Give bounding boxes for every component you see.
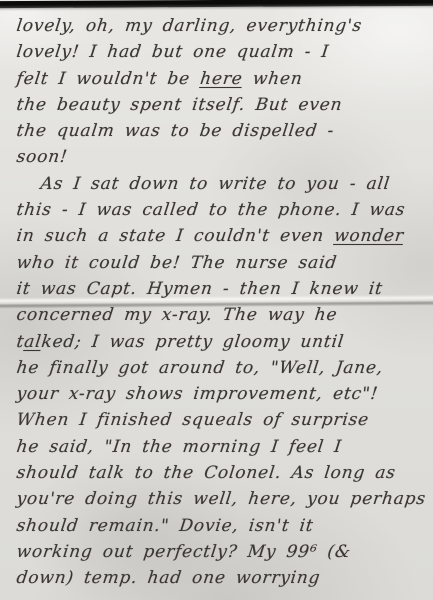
letter-text-segment: your x-ray shows improvement, etc"! [15, 384, 379, 404]
letter-text-segment: lovely! I had but one qualm - I [15, 42, 330, 62]
letter-text-segment: this - I was called to the phone. I was [15, 200, 406, 220]
letter-line: lovely! I had but one qualm - I [15, 39, 431, 65]
letter-line: the beauty spent itself. But even [15, 92, 431, 118]
letter-text-segment: in such a state I couldn't even [15, 226, 335, 246]
letter-text-segment: he finally got around to, "Well, Jane, [15, 358, 384, 378]
letter-text-segment: it was Capt. Hymen - then I knew it [15, 279, 384, 299]
letter-line: As I sat down to write to you - all [15, 171, 431, 197]
letter-lines: lovely, oh, my darling, everything'slove… [15, 13, 428, 600]
letter-line: talked; I was pretty gloomy until [15, 329, 431, 355]
letter-line: it was Capt. Hymen - then I knew it [15, 276, 431, 302]
letter-line: soon! [15, 144, 431, 170]
letter-line: should talk to the Colonel. As long as [15, 460, 431, 486]
letter-line: the qualm was to be dispelled - [15, 118, 431, 144]
letter-line: who it could be! The nurse said [15, 250, 431, 276]
letter-line: working out perfectly? My 99⁶ (& [15, 539, 431, 565]
letter-text-segment: he said, "In the morning I feel I [15, 437, 343, 457]
underlined-word: here [199, 69, 244, 89]
letter-text-segment: lovely, oh, my darling, everything's [15, 16, 363, 36]
letter-line: you're doing this well, here, you perhap… [15, 486, 431, 512]
letter-text-segment: who it could be! The nurse said [15, 253, 338, 273]
letter-text-segment: you're doing this well, here, you perhap… [15, 489, 427, 509]
letter-line: he finally got around to, "Well, Jane, [15, 355, 431, 381]
letter-text-segment: the beauty spent itself. But even [15, 95, 343, 115]
letter-line: your x-ray shows improvement, etc"! [15, 381, 431, 407]
letter-line: should remain." Dovie, isn't it [15, 513, 431, 539]
letter-text-segment: should remain." Dovie, isn't it [15, 516, 314, 536]
letter-text-segment: working out perfectly? My 99⁶ (& [15, 542, 352, 562]
letter-line: in such a state I couldn't even wonder [15, 223, 431, 249]
letter-text-segment: ked; I was pretty gloomy until [40, 332, 345, 352]
letter-text-segment: As I sat down to write to you - all [39, 174, 391, 194]
letter-text-segment: the qualm was to be dispelled - [15, 121, 335, 141]
letter-line: concerned my x-ray. The way he [15, 302, 431, 328]
letter-line: When I finished squeals of surprise [15, 407, 431, 433]
letter-line: this - I was called to the phone. I was [15, 197, 431, 223]
underlined-word: wonder [333, 226, 405, 246]
letter-text-segment: concerned my x-ray. The way he [15, 305, 338, 325]
letter-text-segment: when [241, 69, 303, 89]
letter-line: felt I wouldn't be here when [15, 66, 431, 92]
letter-text-segment: down) temp. had one worrying [15, 568, 321, 588]
letter-text-segment: When I finished squeals of surprise [15, 410, 370, 430]
letter-line: down) temp. had one worrying [15, 565, 431, 591]
letter-line: he said, "In the morning I feel I [15, 434, 431, 460]
letter-text-segment: should talk to the Colonel. As long as [15, 463, 397, 483]
letter-text-segment: felt I wouldn't be [15, 69, 201, 89]
letter-line: lovely, oh, my darling, everything's [15, 13, 431, 39]
letter-text-segment: soon! [15, 147, 68, 167]
letter-photo: lovely, oh, my darling, everything'slove… [0, 0, 433, 600]
